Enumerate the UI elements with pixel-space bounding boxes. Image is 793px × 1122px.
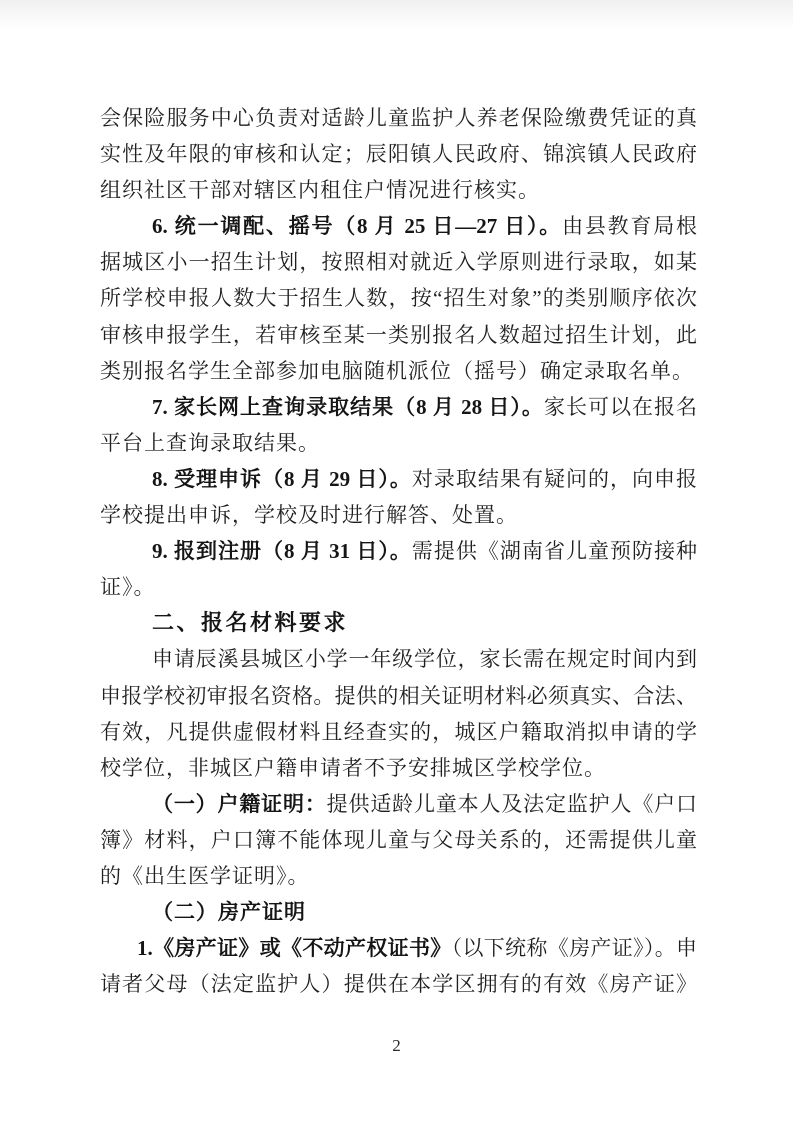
bold-text: 6. 统一调配、摇号（8 月 25 日—27 日）。: [152, 214, 562, 238]
text-line: （二）房产证明: [100, 894, 697, 930]
text-line: 据城区小一招生计划，按照相对就近入学原则进行录取，如某: [100, 244, 697, 280]
text-line: 会保险服务中心负责对适龄儿童监护人养老保险缴费凭证的真: [100, 100, 697, 136]
body-text: 提供适龄儿童本人及法定监护人《户口: [327, 792, 697, 816]
bold-text: （一）户籍证明：: [152, 792, 327, 816]
text-line: 请者父母（法定监护人）提供在本学区拥有的有效《房产证》: [100, 966, 697, 1002]
body-text: 平台上查询录取结果。: [100, 431, 320, 455]
text-line: 6. 统一调配、摇号（8 月 25 日—27 日）。由县教育局根: [100, 208, 697, 244]
bold-text: 1.《房产证》或《不动产权证书》: [137, 936, 452, 960]
bold-text: （二）房产证明: [152, 900, 306, 924]
text-line: 证》。: [100, 569, 697, 605]
body-text: 据城区小一招生计划，按照相对就近入学原则进行录取，如某: [100, 250, 697, 274]
text-line: 实性及年限的审核和认定；辰阳镇人民政府、锦滨镇人民政府: [100, 136, 697, 172]
body-text: 由县教育局根: [562, 214, 697, 238]
bold-text: 二、报名材料要求: [152, 610, 348, 635]
text-line: 9. 报到注册（8 月 31 日）。需提供《湖南省儿童预防接种: [100, 533, 697, 569]
document-body: 会保险服务中心负责对适龄儿童监护人养老保险缴费凭证的真实性及年限的审核和认定；辰…: [100, 100, 697, 1002]
text-line: 审核申报学生，若审核至某一类别报名人数超过招生计划，此: [100, 317, 697, 353]
text-line: 申报学校初审报名资格。提供的相关证明材料必须真实、合法、: [100, 678, 697, 714]
text-line: 校学位，非城区户籍申请者不予安排城区学校学位。: [100, 750, 697, 786]
body-text: 组织社区干部对辖区内租住户情况进行核实。: [100, 178, 540, 202]
body-text: 申报学校初审报名资格。提供的相关证明材料必须真实、合法、: [100, 684, 697, 708]
bold-text: 7. 家长网上查询录取结果（8 月 28 日）。: [152, 395, 544, 419]
text-line: 类别报名学生全部参加电脑随机派位（摇号）确定录取名单。: [100, 353, 697, 389]
body-text: 对录取结果有疑问的，向申报: [412, 467, 697, 491]
body-text: 有效，凡提供虚假材料且经查实的，城区户籍取消拟申请的学: [100, 720, 697, 744]
text-line: 申请辰溪县城区小学一年级学位，家长需在规定时间内到: [100, 641, 697, 677]
text-line: 簿》材料，户口簿不能体现儿童与父母关系的，还需提供儿童: [100, 822, 697, 858]
text-line: 学校提出申诉，学校及时进行解答、处置。: [100, 497, 697, 533]
body-text: 审核申报学生，若审核至某一类别报名人数超过招生计划，此: [100, 323, 697, 347]
body-text: 校学位，非城区户籍申请者不予安排城区学校学位。: [100, 756, 606, 780]
bold-text: 9. 报到注册（8 月 31 日）。: [152, 539, 412, 563]
body-text: 实性及年限的审核和认定；辰阳镇人民政府、锦滨镇人民政府: [100, 142, 697, 166]
body-text: 家长可以在报名: [544, 395, 697, 419]
body-text: 所学校申报人数大于招生人数，按“招生对象”的类别顺序依次: [100, 286, 697, 310]
text-line: 平台上查询录取结果。: [100, 425, 697, 461]
body-text: 学校提出申诉，学校及时进行解答、处置。: [100, 503, 518, 527]
text-line: 1.《房产证》或《不动产权证书》（以下统称《房产证》）。申: [100, 930, 697, 966]
text-line: 二、报名材料要求: [100, 605, 697, 641]
text-line: （一）户籍证明：提供适龄儿童本人及法定监护人《户口: [100, 786, 697, 822]
body-text: （以下统称《房产证》）。申: [452, 936, 697, 960]
page-number: 2: [0, 1036, 793, 1056]
text-line: 8. 受理申诉（8 月 29 日）。对录取结果有疑问的，向申报: [100, 461, 697, 497]
body-text: 的《出生医学证明》。: [100, 864, 310, 888]
text-line: 有效，凡提供虚假材料且经查实的，城区户籍取消拟申请的学: [100, 714, 697, 750]
text-line: 所学校申报人数大于招生人数，按“招生对象”的类别顺序依次: [100, 280, 697, 316]
body-text: 请者父母（法定监护人）提供在本学区拥有的有效《房产证》: [100, 972, 697, 996]
body-text: 会保险服务中心负责对适龄儿童监护人养老保险缴费凭证的真: [100, 106, 697, 130]
body-text: 需提供《湖南省儿童预防接种: [412, 539, 697, 563]
text-line: 组织社区干部对辖区内租住户情况进行核实。: [100, 172, 697, 208]
body-text: 证》。: [100, 575, 156, 599]
text-line: 的《出生医学证明》。: [100, 858, 697, 894]
body-text: 申请辰溪县城区小学一年级学位，家长需在规定时间内到: [152, 647, 697, 671]
scan-edge-shadow: [0, 0, 793, 30]
document-page: 会保险服务中心负责对适龄儿童监护人养老保险缴费凭证的真实性及年限的审核和认定；辰…: [0, 0, 793, 1122]
text-line: 7. 家长网上查询录取结果（8 月 28 日）。家长可以在报名: [100, 389, 697, 425]
body-text: 类别报名学生全部参加电脑随机派位（摇号）确定录取名单。: [100, 359, 694, 383]
body-text: 簿》材料，户口簿不能体现儿童与父母关系的，还需提供儿童: [100, 828, 697, 852]
bold-text: 8. 受理申诉（8 月 29 日）。: [152, 467, 412, 491]
